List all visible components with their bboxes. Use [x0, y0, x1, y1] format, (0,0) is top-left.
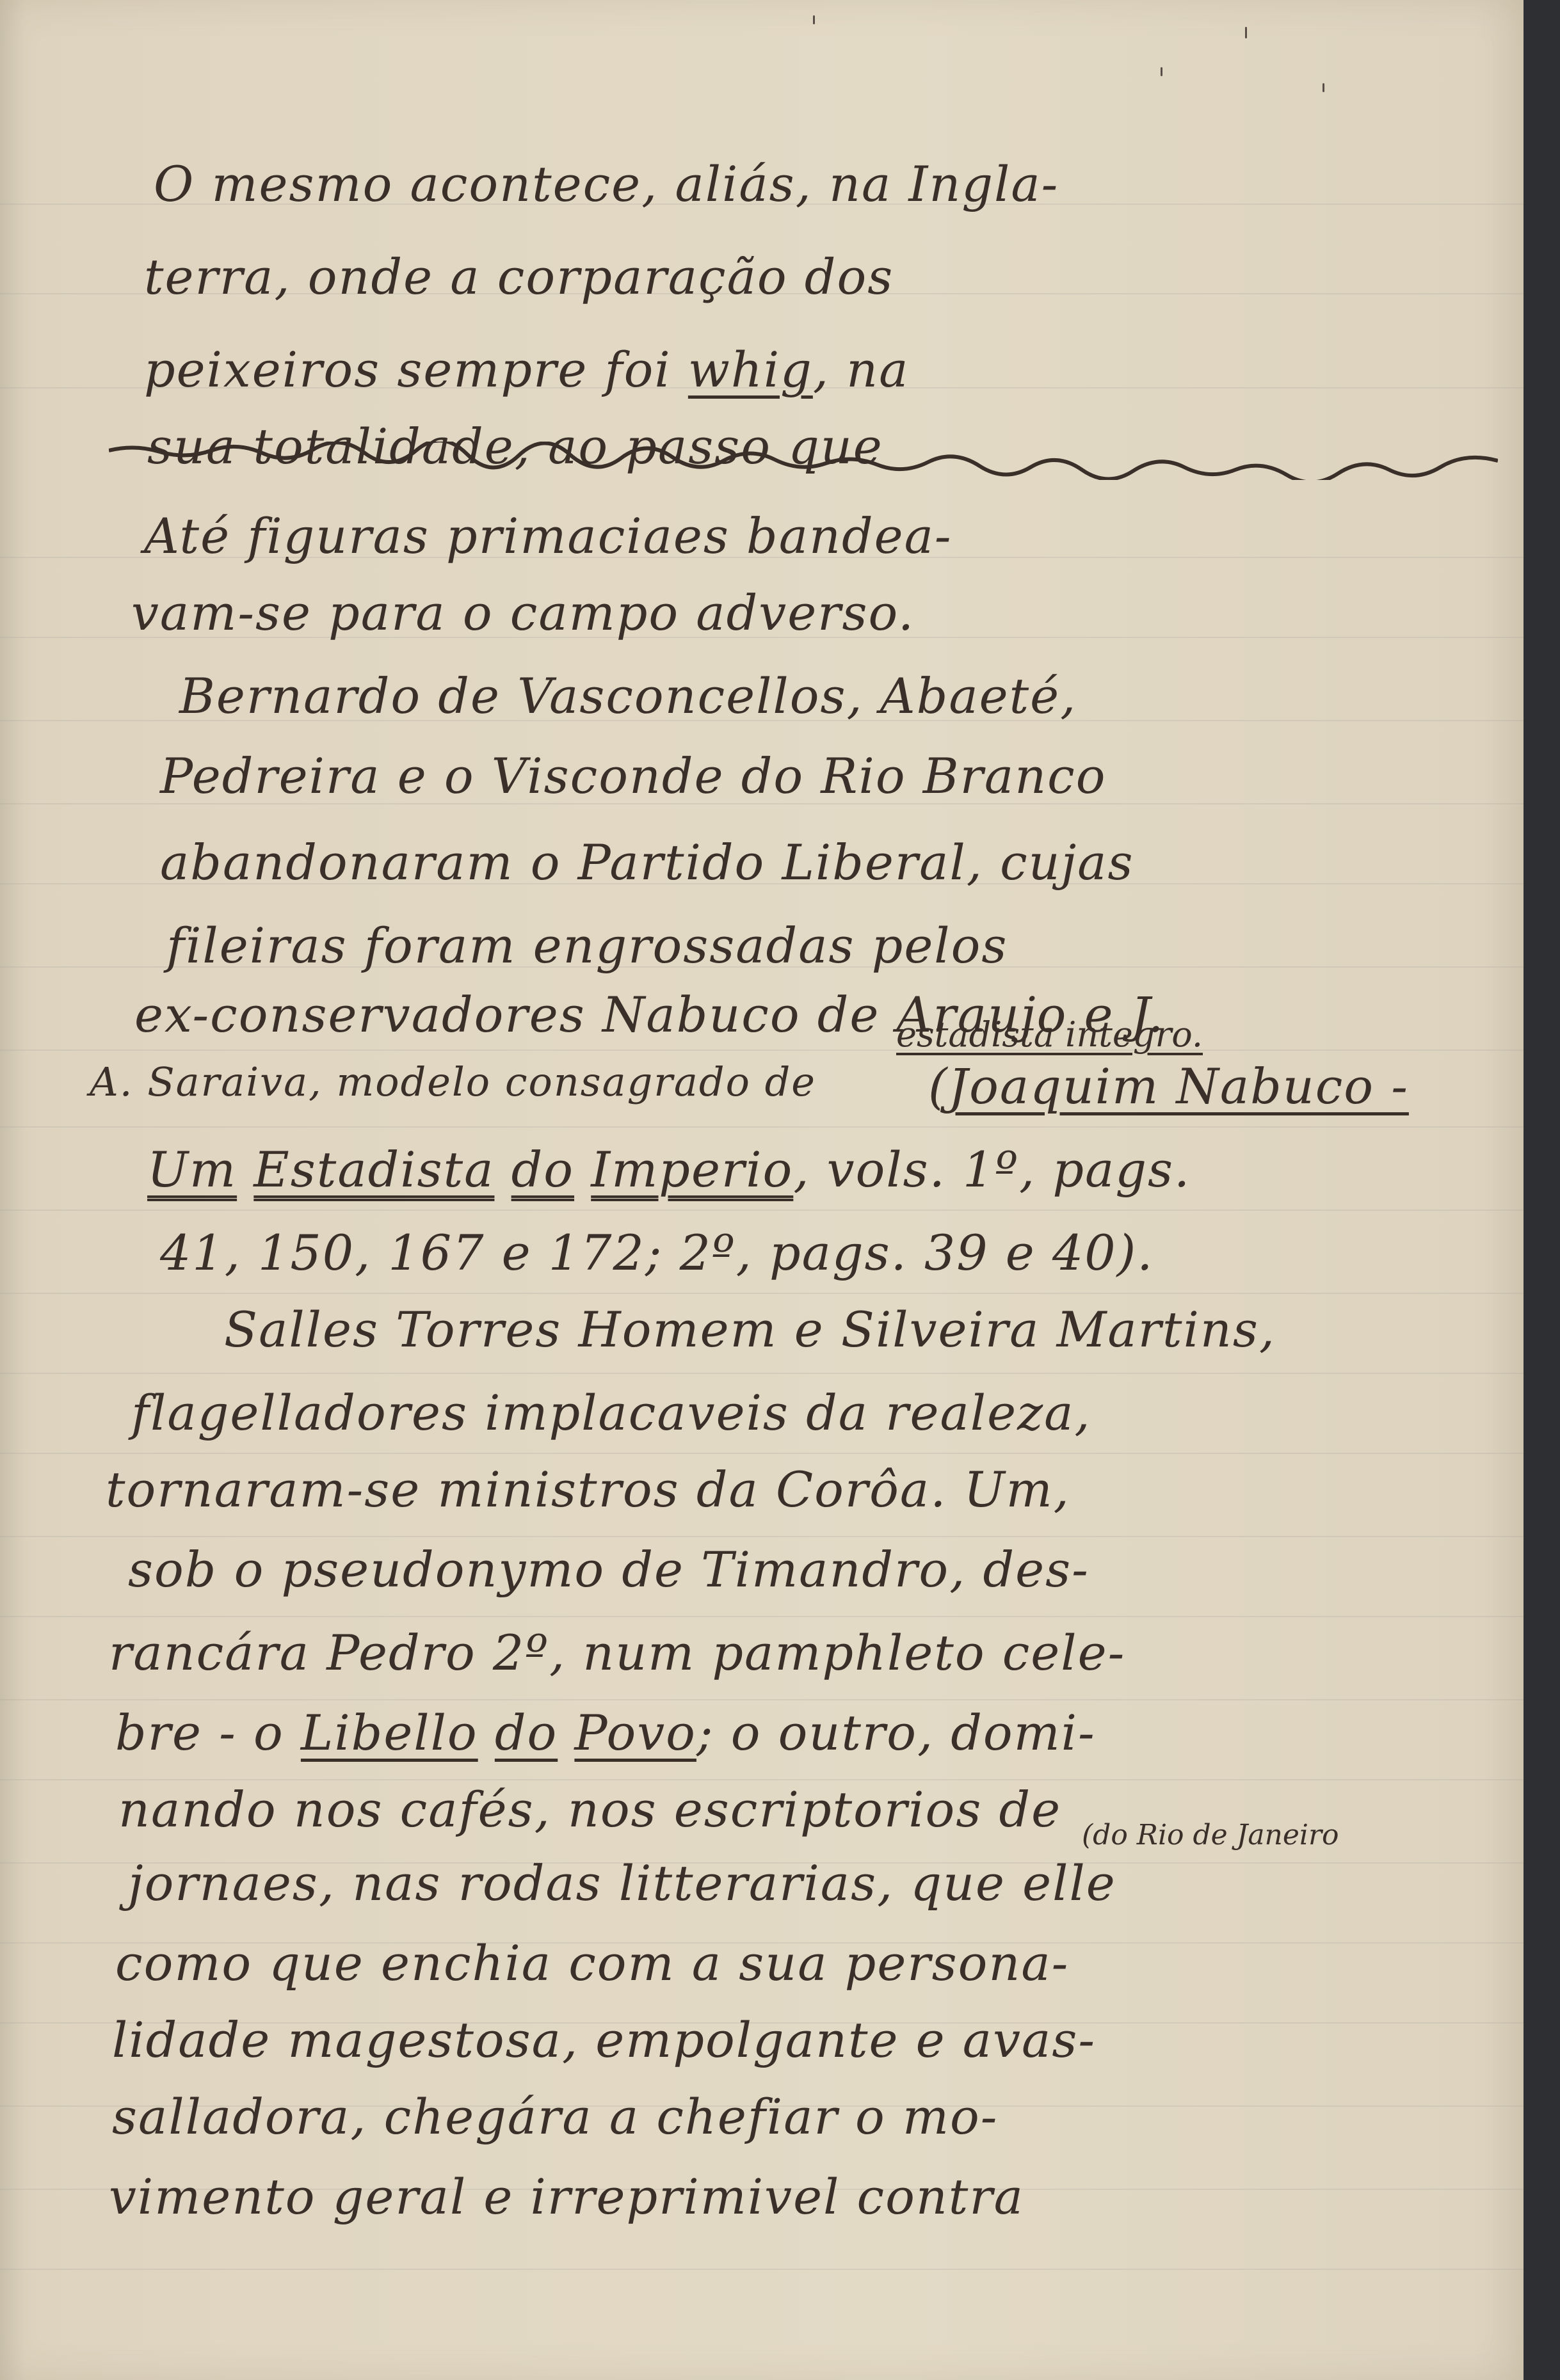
text-line: ex-conservadores Nabuco de Araujo e J.: [134, 991, 1511, 1039]
text-line: Até figuras primaciaes bandea-: [144, 512, 1520, 561]
text-line: Pedreira e o Visconde do Rio Branco: [160, 752, 1536, 801]
text-line: Salles Torres Homem e Silveira Martins,: [224, 1306, 1560, 1354]
ruled-line: [0, 1616, 1524, 1617]
text-fragment: , que elle: [877, 1855, 1116, 1912]
text-line: tornaram-se ministros da Corôa. Um,: [106, 1466, 1482, 1514]
text-fragment: ; o outro, domi-: [696, 1704, 1096, 1761]
pamphlet-title-word: do: [495, 1704, 558, 1761]
marginal-insertion: (do Rio de Janeiro: [1082, 1819, 1339, 1851]
ruled-line: [0, 1779, 1524, 1780]
citation-author-line: (Joaquim Nabuco -: [928, 1062, 1560, 1111]
ink-mark: [1161, 67, 1162, 76]
text-fragment: jornaes, nas rodas: [128, 1855, 602, 1912]
text-line: peixeiros sempre foi whig, na: [144, 346, 1520, 394]
text-line: bre - o Libello do Povo; o outro, domi-: [115, 1709, 1492, 1757]
ruled-line: [0, 1126, 1524, 1128]
book-title-word: do: [511, 1141, 574, 1198]
text-line: O mesmo acontece, aliás, na Ingla-: [154, 160, 1530, 209]
ruled-line: [0, 2269, 1524, 2270]
manuscript-page: O mesmo acontece, aliás, na Ingla- terra…: [0, 0, 1524, 2380]
text-fragment: , vols. 1º, pags.: [793, 1141, 1191, 1198]
text-line: lidade magestosa, empolgante e avas-: [112, 2016, 1488, 2065]
ruled-line: [0, 1536, 1524, 1537]
ink-mark: [1323, 83, 1324, 92]
ink-mark: [813, 15, 815, 24]
text-line: sob o pseudonymo de Timandro, des-: [128, 1545, 1504, 1594]
underlined-term-whig: whig: [688, 341, 813, 398]
ink-mark: [1245, 27, 1247, 38]
citation-author: Joaquim Nabuco -: [949, 1058, 1409, 1115]
text-line: 41, 150, 167 e 172; 2º, pags. 39 e 40).: [160, 1229, 1536, 1277]
ruled-line: [0, 1453, 1524, 1454]
ruled-line: [0, 1210, 1524, 1211]
wavy-separator-rule: [109, 442, 1498, 480]
ruled-line: [0, 1293, 1524, 1294]
text-line: jornaes, nas rodas litterarias, que elle: [128, 1859, 1504, 1908]
text-fragment: litterarias: [619, 1855, 877, 1912]
text-fragment: (: [928, 1058, 949, 1115]
book-title-word: Um: [147, 1141, 237, 1198]
text-line: vam-se para o campo adverso.: [131, 589, 1508, 637]
text-line: vimento geral e irreprimivel contra: [109, 2173, 1485, 2221]
text-fragment: , na: [813, 341, 910, 398]
text-fragment: bre - o: [115, 1704, 284, 1761]
insertion-estadista-integro: estadista integro.: [896, 1014, 1203, 1055]
book-title-word: Imperio: [591, 1141, 793, 1198]
text-fragment: peixeiros sempre foi: [144, 341, 671, 398]
ruled-line: [0, 1373, 1524, 1374]
text-line: Um Estadista do Imperio, vols. 1º, pags.: [147, 1146, 1524, 1194]
text-line: abandonaram o Partido Liberal, cujas: [160, 838, 1536, 887]
ruled-line: [0, 1699, 1524, 1700]
text-line: flagelladores implacaveis da realeza,: [131, 1389, 1508, 1437]
text-line: terra, onde a corparação dos: [144, 253, 1520, 301]
text-line: salladora, chegára a chefiar o mo-: [112, 2093, 1488, 2141]
text-line: Bernardo de Vasconcellos, Abaeté,: [179, 672, 1556, 721]
pamphlet-title-word: Povo: [574, 1704, 696, 1761]
text-line: rancára Pedro 2º, num pamphleto cele-: [109, 1629, 1485, 1677]
book-title-word: Estadista: [253, 1141, 494, 1198]
text-line: como que enchia com a sua persona-: [115, 1939, 1492, 1988]
text-line: fileiras foram engrossadas pelos: [166, 922, 1543, 970]
pamphlet-title-word: Libello: [301, 1704, 478, 1761]
ruled-line: [0, 1050, 1524, 1051]
book-binding-edge: [1524, 0, 1560, 2380]
